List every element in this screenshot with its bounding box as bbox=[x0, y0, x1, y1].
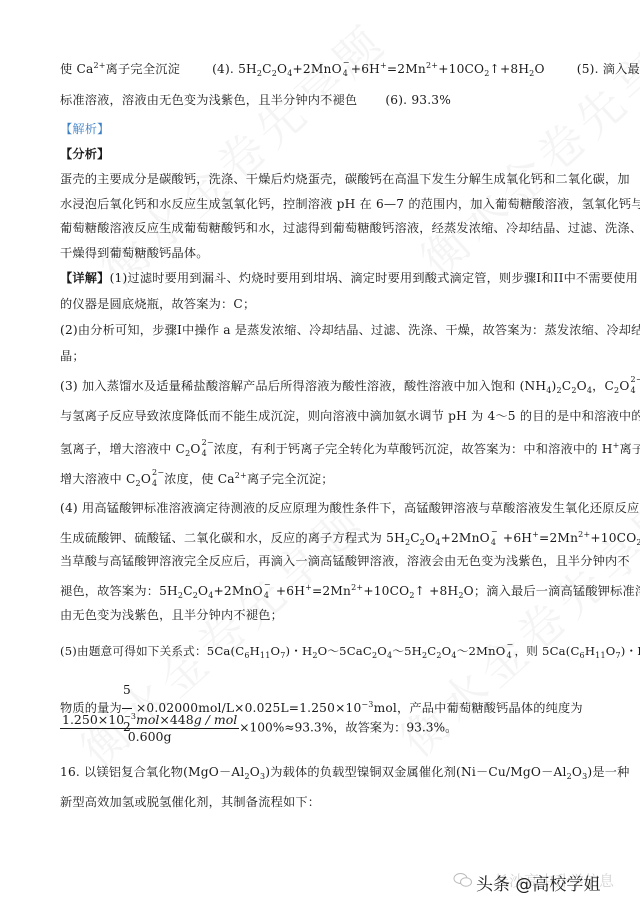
text: 离子完全沉淀 bbox=[106, 62, 180, 76]
text: 标准溶液，溶液由无色变为浅紫色，且半分钟内不褪色 bbox=[60, 93, 357, 107]
purity-formula: 1.250×10−3mol×448g / mol 0.600g ×100%≈93… bbox=[60, 712, 457, 744]
detail-line: 由无色变为浅紫色，且半分钟内不褪色； bbox=[60, 607, 600, 623]
answer-4: (4). 5H2C2O4+2MnO−4+6H+=2Mn2++10CO2↑+8H2… bbox=[212, 62, 545, 76]
answer-5: (5). 滴入最后一滴高锰酸钾 bbox=[577, 62, 640, 76]
superscript: 2+ bbox=[93, 61, 105, 70]
detail-line: 增大溶液中 C2O2−4 浓度，使 Ca2+离子完全沉淀； bbox=[60, 468, 600, 492]
detail-line: 生成硫酸钾、硫酸锰、二氧化碳和水，反应的离子方程式为 5H2C2O4+2MnO−… bbox=[60, 527, 600, 551]
answer-line-1: 使 Ca2+离子完全沉淀 (4). 5H2C2O4+2MnO−4+6H+=2Mn… bbox=[60, 58, 600, 82]
answer-6: (6). 93.3% bbox=[385, 93, 451, 107]
detail-line: 【详解】(1)过滤时要用到漏斗、灼烧时要用到坩埚、滴定时要用到酸式滴定管，则步骤… bbox=[60, 270, 600, 286]
analysis-line: 葡萄糖酸溶液反应生成葡萄糖酸钙和水，过滤得到葡萄糖酸钙溶液，经蒸发浓缩、冷却结晶… bbox=[60, 220, 600, 236]
section-label-fenxi: 【分析】 bbox=[60, 146, 600, 162]
detail-line: (5)由题意可得如下关系式：5Ca(C6H11O7)・H2O～5CaC2O4～5… bbox=[60, 643, 600, 664]
detail-line: (4) 用高锰酸钾标准溶液滴定待测液的反应原理为酸性条件下，高锰酸钾溶液与草酸溶… bbox=[60, 500, 600, 516]
text: (1)过滤时要用到漏斗、灼烧时要用到坩埚、滴定时要用到酸式滴定管，则步骤I和II… bbox=[110, 271, 638, 285]
fraction: 1.250×10−3mol×448g / mol 0.600g bbox=[60, 712, 239, 744]
analysis-line: 蛋壳的主要成分是碳酸钙，洗涤、干燥后灼烧蛋壳，碳酸钙在高温下发生分解生成氧化钙和… bbox=[60, 171, 600, 187]
analysis-line: 水浸泡后氧化钙和水反应生成氢氧化钙，控制溶液 pH 在 6—7 的范围内，加入葡… bbox=[60, 196, 600, 212]
footer-source: 长沙高中升学信息 头条 @高校学姐 bbox=[476, 870, 600, 895]
wechat-icon bbox=[453, 872, 473, 888]
detail-line: 与氢离子反应导致浓度降低而不能生成沉淀，则向溶液中滴加氨水调节 pH 为 4～5… bbox=[60, 408, 600, 424]
detail-line: 褪色，故答案为：5H2C2O4+2MnO−4 +6H+=2Mn2++10CO2↑… bbox=[60, 580, 600, 604]
detail-line: 氢离子，增大溶液中 C2O2−4 浓度，有利于钙离子完全转化为草酸钙沉淀，故答案… bbox=[60, 438, 600, 462]
detail-line: 的仪器是圆底烧瓶，故答案为：C； bbox=[60, 296, 600, 312]
detail-line: (3) 加入蒸馏水及适量稀盐酸溶解产品后所得溶液为酸性溶液，酸性溶液中加入饱和 … bbox=[60, 378, 600, 399]
text: 使 Ca bbox=[60, 62, 93, 76]
section-label-xiangjie: 【详解】 bbox=[60, 271, 110, 285]
answer-line-2: 标准溶液，溶液由无色变为浅紫色，且半分钟内不褪色(6). 93.3% bbox=[60, 92, 600, 108]
section-label-jiexi: 【解析】 bbox=[60, 121, 600, 137]
question-16-line: 新型高效加氢或脱氢催化剂，其制备流程如下： bbox=[60, 794, 600, 810]
detail-line: 晶； bbox=[60, 348, 600, 364]
source-label: 头条 @高校学姐 bbox=[476, 875, 600, 895]
question-16-line: 16. 以镁铝复合氧化物(MgO－Al2O3)为载体的负载型镍铜双金属催化剂(N… bbox=[60, 764, 600, 785]
detail-line: (2)由分析可知，步骤I中操作 a 是蒸发浓缩、冷却结晶、过滤、洗涤、干燥，故答… bbox=[60, 322, 600, 338]
document-page: 衡水金卷先享题 衡水金卷先享题 衡水金卷先享题 衡水金卷先享题 使 Ca2+离子… bbox=[0, 0, 640, 905]
analysis-line: 干燥得到葡萄糖酸钙晶体。 bbox=[60, 245, 600, 261]
detail-line: 当草酸与高锰酸钾溶液完全反应后，再滴入一滴高锰酸钾溶液，溶液会由无色变为浅紫色，… bbox=[60, 553, 600, 569]
